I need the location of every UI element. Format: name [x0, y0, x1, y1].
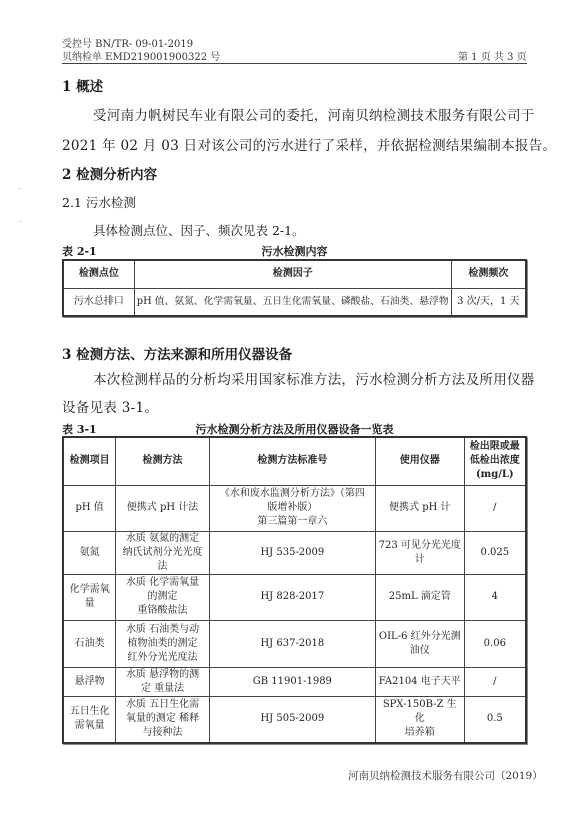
cell-standard: HJ 828-2017 [209, 574, 375, 620]
cell-standard: HJ 637-2018 [209, 620, 375, 667]
table-2-1-caption: 污水检测内容 [62, 243, 527, 259]
col-header-item: 检测项目 [63, 437, 116, 485]
cell-method: 水质 化学需氧量 的测定 重铬酸盐法 [116, 574, 210, 620]
table-header-row: 检测点位 检测因子 检测频次 [63, 260, 526, 288]
table-3-1: 检测项目 检测方法 检测方法标准号 使用仪器 检出限或最 低检出浓度 (mg/L… [62, 436, 527, 744]
table-row: 石油类 水质 石油类与动 植物油类的测定 红外分光光度法 HJ 637-2018… [63, 620, 526, 667]
table-row: pH 值 便携式 pH 计法 《水和废水监测分析方法》（第四 版增补版） 第三篇… [63, 485, 526, 531]
table-row: 氨氮 水质 氨氮的测定 纳氏试剂分光光度 法 HJ 535-2009 723 可… [63, 531, 526, 574]
cell-item: 氨氮 [63, 531, 116, 574]
col-header-method: 检测方法 [116, 437, 210, 485]
table-2-1: 检测点位 检测因子 检测频次 污水总排口 pH 值、氨氮、化学需氧量、五日生化需… [62, 259, 527, 317]
cell-instrument: OIL-6 红外分光测 油仪 [375, 620, 464, 667]
section-3-para-line1: 本次检测样品的分析均采用国家标准方法，污水检测分析方法及所用仪器 [93, 368, 535, 388]
cell-frequency: 3 次/天，1 天 [451, 288, 526, 316]
col-header-standard: 检测方法标准号 [209, 437, 375, 485]
section-1-para-line1: 受河南力帆树民车业有限公司的委托，河南贝纳检测技术服务有限公司于 [93, 104, 535, 124]
cell-detection-limit: 0.5 [464, 696, 526, 743]
cell-standard: HJ 505-2009 [209, 696, 375, 743]
table-header-row: 检测项目 检测方法 检测方法标准号 使用仪器 检出限或最 低检出浓度 (mg/L… [63, 437, 526, 485]
col-header-factors: 检测因子 [134, 260, 451, 288]
table-row: 污水总排口 pH 值、氨氮、化学需氧量、五日生化需氧量、磷酸盐、石油类、悬浮物 … [63, 288, 526, 316]
cell-detection-limit: / [464, 667, 526, 696]
scan-artifact-dot [19, 188, 20, 189]
cell-instrument: 便携式 pH 计 [375, 485, 464, 531]
cell-instrument: SPX-150B-Z 生化 培养箱 [375, 696, 464, 743]
col-header-frequency: 检测频次 [451, 260, 526, 288]
cell-instrument: 25mL 滴定管 [375, 574, 464, 620]
cell-item: 化学需氧 量 [63, 574, 116, 620]
cell-detection-limit: 4 [464, 574, 526, 620]
col-header-location: 检测点位 [63, 260, 134, 288]
cell-item: pH 值 [63, 485, 116, 531]
col-header-instrument: 使用仪器 [375, 437, 464, 485]
footer-company: 河南贝纳检测技术服务有限公司（2019） [348, 768, 543, 783]
cell-item: 石油类 [63, 620, 116, 667]
section-3-para-line2: 设备见表 3-1。 [62, 396, 158, 416]
cell-method: 水质 悬浮物的测 定 重量法 [116, 667, 210, 696]
cell-item: 悬浮物 [63, 667, 116, 696]
cell-method: 水质 五日生化需 氧量的测定 稀释 与接种法 [116, 696, 210, 743]
cell-detection-limit: 0.025 [464, 531, 526, 574]
section-2-title: 2 检测分析内容 [62, 163, 157, 183]
section-1-title: 1 概述 [62, 75, 103, 95]
section-2-para: 具体检测点位、因子、频次见表 2-1。 [93, 221, 305, 239]
cell-detection-limit: 0.06 [464, 620, 526, 667]
cell-item: 五日生化 需氧量 [63, 696, 116, 743]
cell-method: 水质 氨氮的测定 纳氏试剂分光光度 法 [116, 531, 210, 574]
cell-method: 水质 石油类与动 植物油类的测定 红外分光光度法 [116, 620, 210, 667]
table-row: 悬浮物 水质 悬浮物的测 定 重量法 GB 11901-1989 FA2104 … [63, 667, 526, 696]
cell-standard: HJ 535-2009 [209, 531, 375, 574]
section-2-1-title: 2.1 污水检测 [62, 193, 136, 211]
cell-factors: pH 值、氨氮、化学需氧量、五日生化需氧量、磷酸盐、石油类、悬浮物 [134, 288, 451, 316]
control-number: 受控号 BN/TR- 09-01-2019 [62, 38, 193, 51]
section-1-para-line2: 2021 年 02 月 03 日对该公司的污水进行了采样，并依据检测结果编制本报… [62, 134, 556, 154]
table-row: 五日生化 需氧量 水质 五日生化需 氧量的测定 稀释 与接种法 HJ 505-2… [63, 696, 526, 743]
cell-detection-limit: / [464, 485, 526, 531]
cell-location: 污水总排口 [63, 288, 134, 316]
table-row: 化学需氧 量 水质 化学需氧量 的测定 重铬酸盐法 HJ 828-2017 25… [63, 574, 526, 620]
cell-standard: GB 11901-1989 [209, 667, 375, 696]
scan-artifact-dot [20, 221, 21, 222]
header-divider [62, 63, 527, 64]
cell-standard: 《水和废水监测分析方法》（第四 版增补版） 第三篇第一章六 [209, 485, 375, 531]
table-3-1-caption: 污水检测分析方法及所用仪器设备一览表 [62, 421, 527, 437]
cell-instrument: FA2104 电子天平 [375, 667, 464, 696]
cell-instrument: 723 可见分光光度 计 [375, 531, 464, 574]
cell-method: 便携式 pH 计法 [116, 485, 210, 531]
section-3-title: 3 检测方法、方法来源和所用仪器设备 [62, 343, 292, 363]
col-header-detection-limit: 检出限或最 低检出浓度 (mg/L) [464, 437, 526, 485]
